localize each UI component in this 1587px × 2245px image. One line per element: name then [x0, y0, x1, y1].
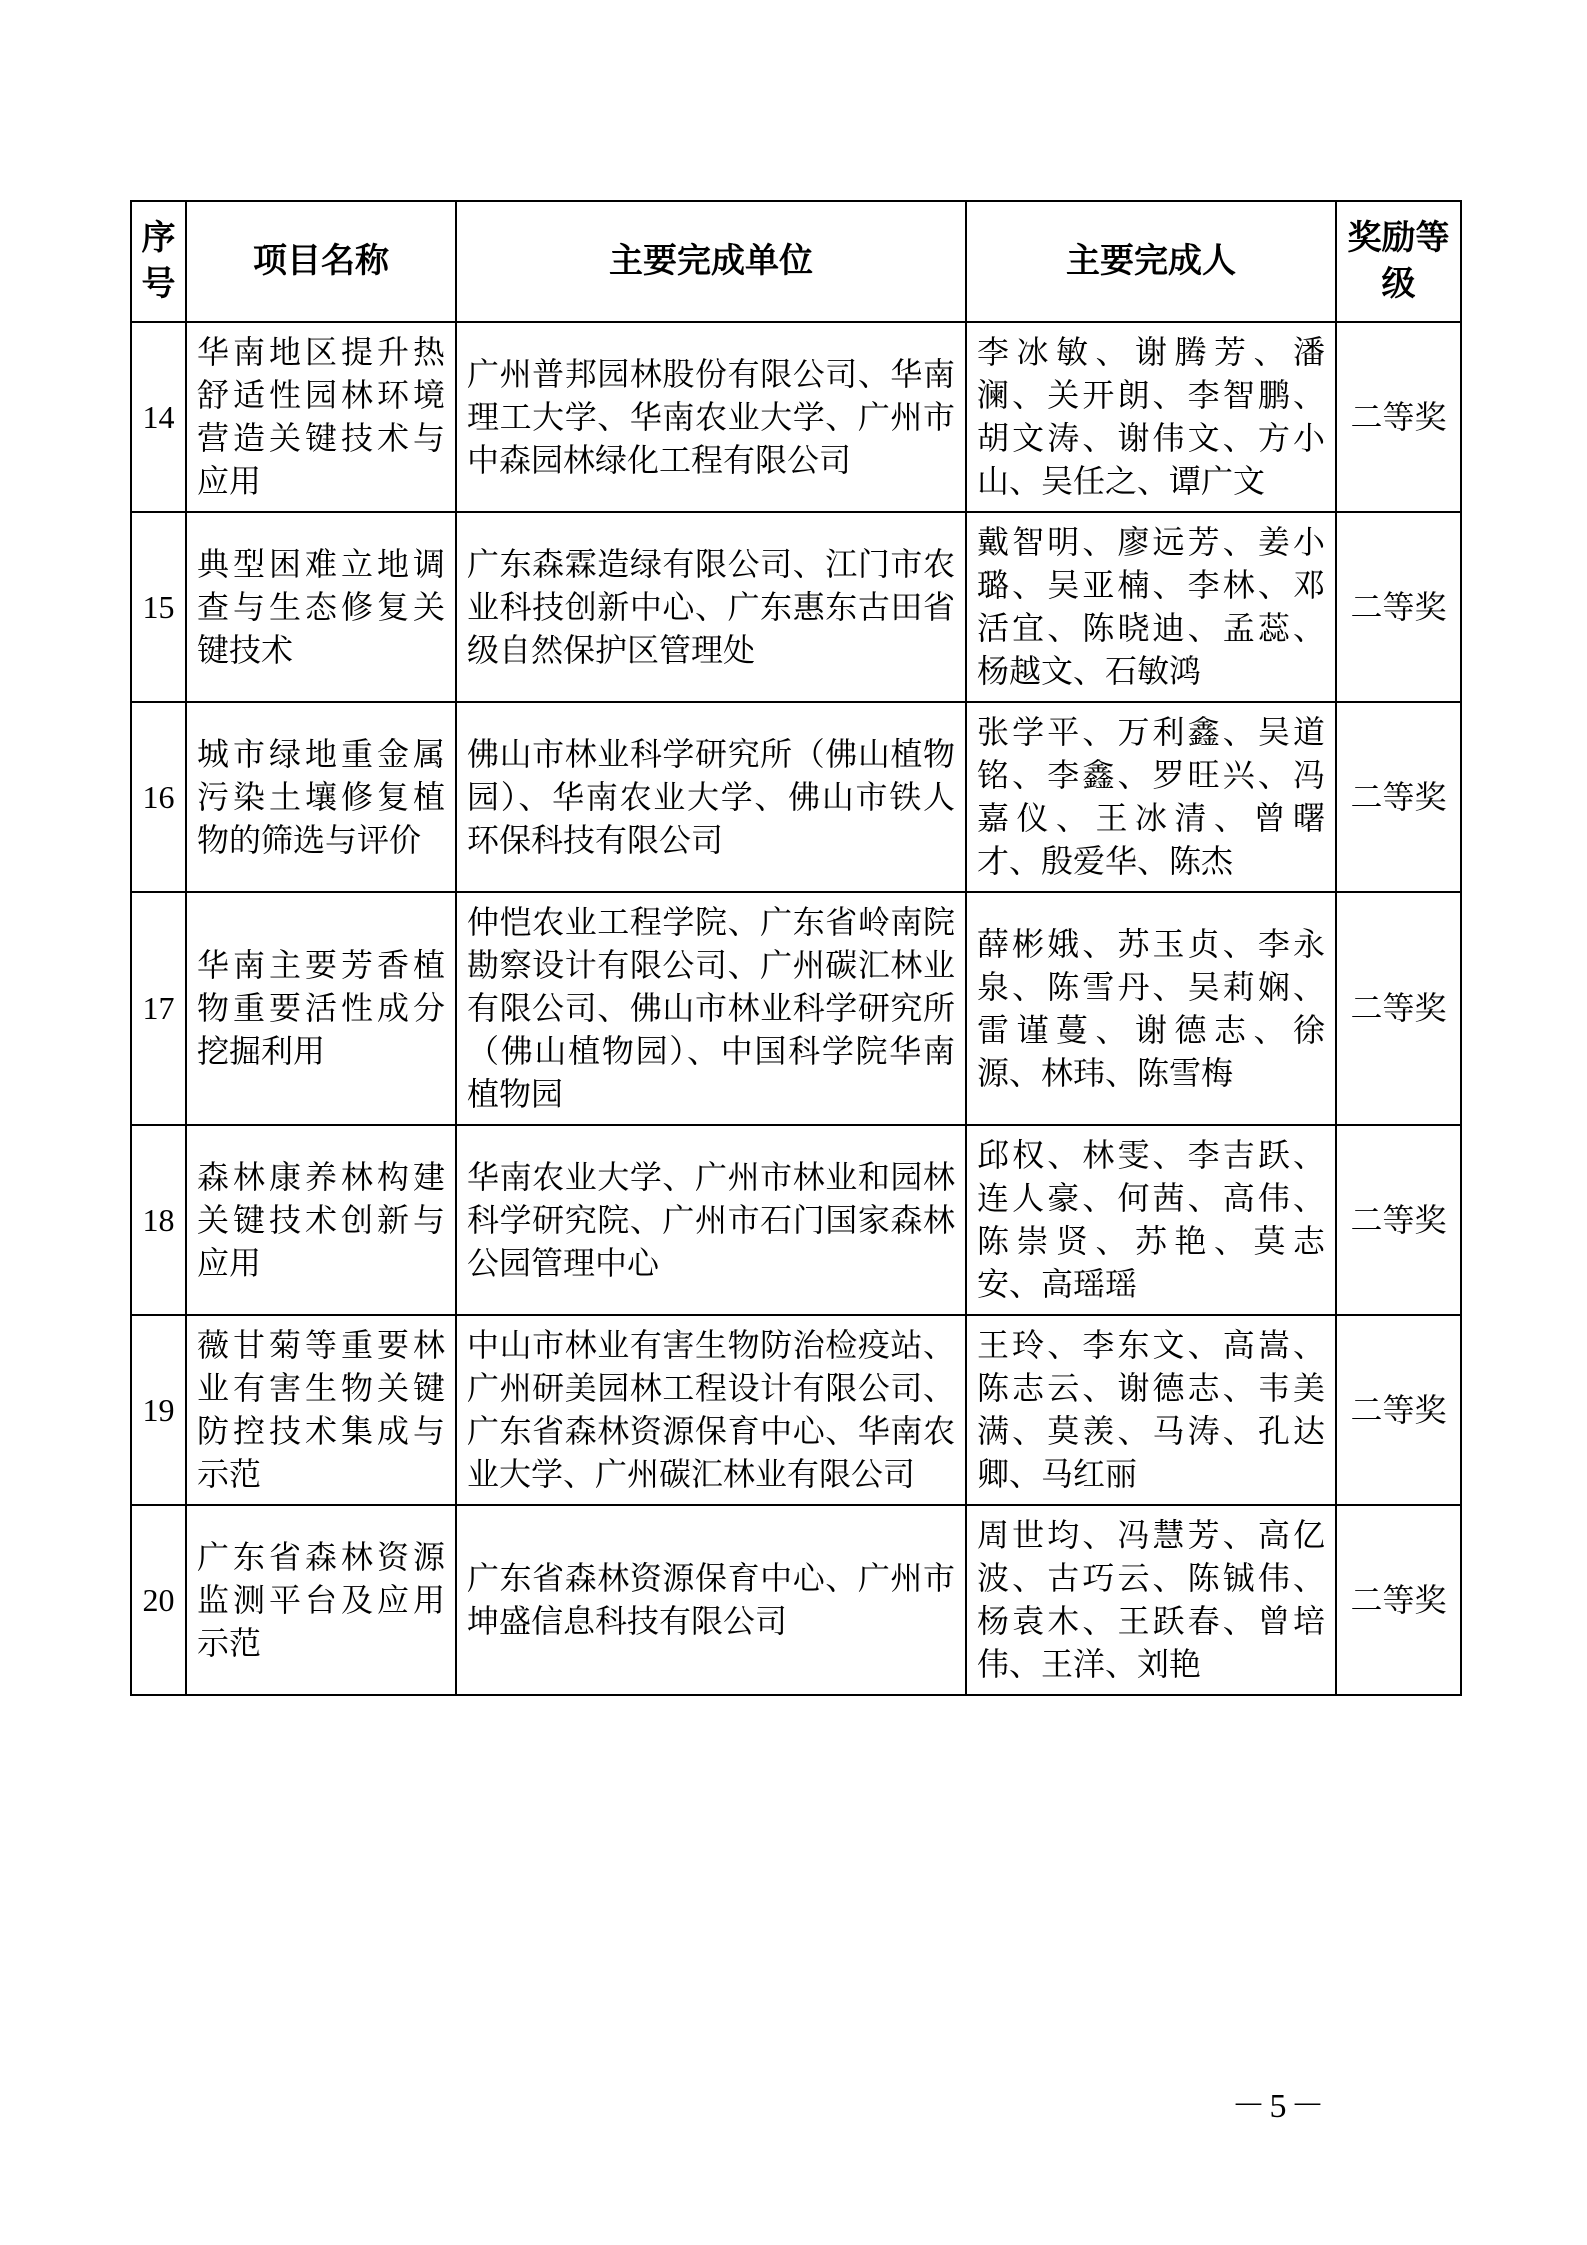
- award-cell: 二等奖: [1336, 702, 1461, 892]
- persons-cell: 邱权、林雯、李吉跃、连人豪、何茜、高伟、陈崇贤、苏艳、莫志安、高瑶瑶: [966, 1125, 1336, 1315]
- persons-cell: 周世均、冯慧芳、高亿波、古巧云、陈铖伟、杨袁木、王跃春、曾培伟、王洋、刘艳: [966, 1505, 1336, 1695]
- persons-cell: 张学平、万利鑫、吴道铭、李鑫、罗旺兴、冯嘉仪、王冰清、曾曙才、殷爱华、陈杰: [966, 702, 1336, 892]
- table-row: 17 华南主要芳香植物重要活性成分挖掘利用 仲恺农业工程学院、广东省岭南院勘察设…: [131, 892, 1461, 1125]
- table-row: 20 广东省森林资源监测平台及应用示范 广东省森林资源保育中心、广州市坤盛信息科…: [131, 1505, 1461, 1695]
- project-name-cell: 森林康养林构建关键技术创新与应用: [186, 1125, 456, 1315]
- row-number-cell: 20: [131, 1505, 186, 1695]
- award-cell: 二等奖: [1336, 1315, 1461, 1505]
- page-number: －5－: [1180, 2078, 1380, 2127]
- table-row: 19 薇甘菊等重要林业有害生物关键防控技术集成与示范 中山市林业有害生物防治检疫…: [131, 1315, 1461, 1505]
- awards-table: 序号 项目名称 主要完成单位 主要完成人 奖励等级 14 华南地区提升热舒适性园…: [130, 200, 1462, 1696]
- document-page: 序号 项目名称 主要完成单位 主要完成人 奖励等级 14 华南地区提升热舒适性园…: [0, 0, 1587, 2245]
- row-number-cell: 15: [131, 512, 186, 702]
- units-cell: 广东森霖造绿有限公司、江门市农业科技创新中心、广东惠东古田省级自然保护区管理处: [456, 512, 966, 702]
- table-row: 14 华南地区提升热舒适性园林环境营造关键技术与应用 广州普邦园林股份有限公司、…: [131, 322, 1461, 512]
- header-project-name: 项目名称: [186, 201, 456, 322]
- persons-cell: 戴智明、廖远芳、姜小璐、吴亚楠、李林、邓活宜、陈晓迪、孟蕊、杨越文、石敏鸿: [966, 512, 1336, 702]
- award-cell: 二等奖: [1336, 1125, 1461, 1315]
- table-row: 15 典型困难立地调查与生态修复关键技术 广东森霖造绿有限公司、江门市农业科技创…: [131, 512, 1461, 702]
- project-name-cell: 华南主要芳香植物重要活性成分挖掘利用: [186, 892, 456, 1125]
- persons-cell: 王玲、李东文、高嵩、陈志云、谢德志、韦美满、莫羡、马涛、孔达卿、马红丽: [966, 1315, 1336, 1505]
- header-serial-number: 序号: [131, 201, 186, 322]
- units-cell: 佛山市林业科学研究所（佛山植物园）、华南农业大学、佛山市铁人环保科技有限公司: [456, 702, 966, 892]
- award-cell: 二等奖: [1336, 1505, 1461, 1695]
- header-award-level: 奖励等级: [1336, 201, 1461, 322]
- award-cell: 二等奖: [1336, 322, 1461, 512]
- table-row: 18 森林康养林构建关键技术创新与应用 华南农业大学、广州市林业和园林科学研究院…: [131, 1125, 1461, 1315]
- row-number-cell: 18: [131, 1125, 186, 1315]
- units-cell: 广州普邦园林股份有限公司、华南理工大学、华南农业大学、广州市中森园林绿化工程有限…: [456, 322, 966, 512]
- project-name-cell: 华南地区提升热舒适性园林环境营造关键技术与应用: [186, 322, 456, 512]
- award-cell: 二等奖: [1336, 512, 1461, 702]
- project-name-cell: 薇甘菊等重要林业有害生物关键防控技术集成与示范: [186, 1315, 456, 1505]
- persons-cell: 薛彬娥、苏玉贞、李永泉、陈雪丹、吴莉娴、雷谨蔓、谢德志、徐源、林玮、陈雪梅: [966, 892, 1336, 1125]
- project-name-cell: 典型困难立地调查与生态修复关键技术: [186, 512, 456, 702]
- table-row: 16 城市绿地重金属污染土壤修复植物的筛选与评价 佛山市林业科学研究所（佛山植物…: [131, 702, 1461, 892]
- row-number-cell: 19: [131, 1315, 186, 1505]
- table-header-row: 序号 项目名称 主要完成单位 主要完成人 奖励等级: [131, 201, 1461, 322]
- row-number-cell: 14: [131, 322, 186, 512]
- units-cell: 广东省森林资源保育中心、广州市坤盛信息科技有限公司: [456, 1505, 966, 1695]
- row-number-cell: 17: [131, 892, 186, 1125]
- row-number-cell: 16: [131, 702, 186, 892]
- project-name-cell: 城市绿地重金属污染土壤修复植物的筛选与评价: [186, 702, 456, 892]
- units-cell: 中山市林业有害生物防治检疫站、广州研美园林工程设计有限公司、广东省森林资源保育中…: [456, 1315, 966, 1505]
- header-main-persons: 主要完成人: [966, 201, 1336, 322]
- project-name-cell: 广东省森林资源监测平台及应用示范: [186, 1505, 456, 1695]
- persons-cell: 李冰敏、谢腾芳、潘澜、关开朗、李智鹏、胡文涛、谢伟文、方小山、吴任之、谭广文: [966, 322, 1336, 512]
- units-cell: 华南农业大学、广州市林业和园林科学研究院、广州市石门国家森林公园管理中心: [456, 1125, 966, 1315]
- header-main-units: 主要完成单位: [456, 201, 966, 322]
- units-cell: 仲恺农业工程学院、广东省岭南院勘察设计有限公司、广州碳汇林业有限公司、佛山市林业…: [456, 892, 966, 1125]
- award-cell: 二等奖: [1336, 892, 1461, 1125]
